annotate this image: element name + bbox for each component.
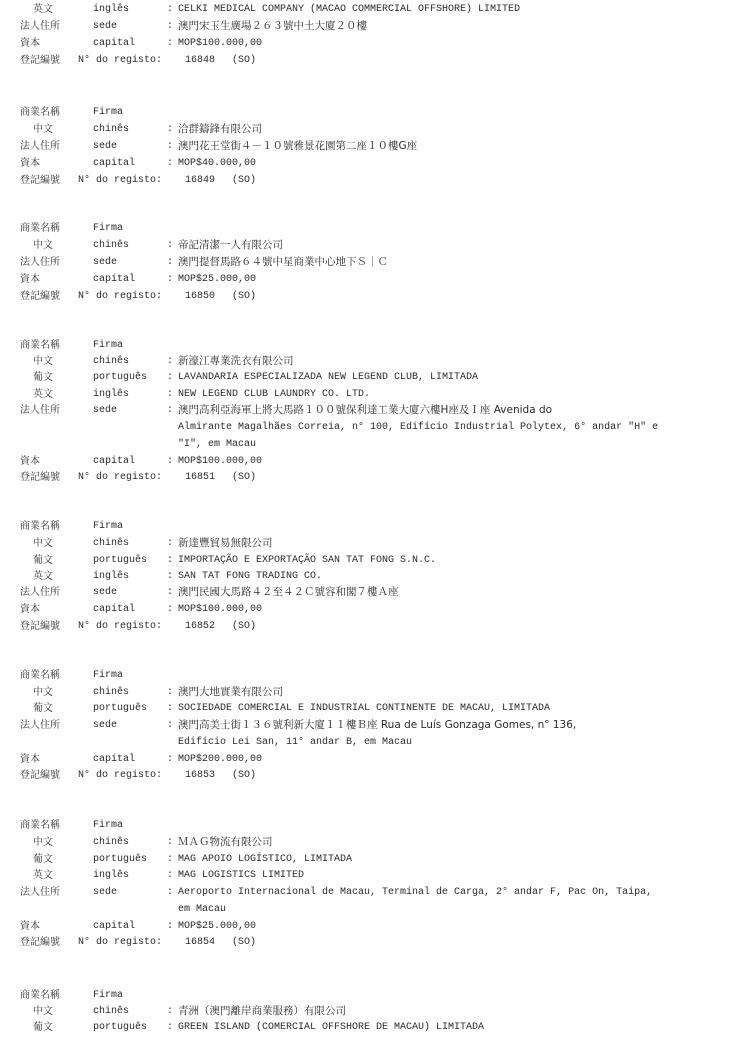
registry-page: 英文 inglês : CELKI MEDICAL COMPANY (MACAO… <box>0 0 736 1056</box>
colon: : <box>167 386 173 403</box>
company-address-line-1: 澳門高利亞海軍上將大馬路１００號保利達工業大廈六樓H座及Ｉ座 Avenida d… <box>178 402 552 419</box>
company-name-portuguese: IMPORTAÇÃO E EXPORTAÇÃO SAN TAT FONG S.N… <box>178 552 436 569</box>
label-registo-pt: N° do registo: <box>78 288 162 305</box>
label-chines-pt: chinês <box>93 535 129 552</box>
label-chines-pt: chinês <box>93 684 129 701</box>
label-capital-pt: capital <box>93 35 135 52</box>
label-ingles-zh: 英文 <box>33 1 53 18</box>
company-address-line-2: Almirante Magalhães Correia, n° 100, Edi… <box>178 419 658 436</box>
label-chines-pt: chinês <box>93 1003 129 1020</box>
registration-suffix: (SO) <box>232 288 256 305</box>
company-name-english: MAG LOGISTICS LIMITED <box>178 867 304 884</box>
colon: : <box>167 453 173 470</box>
company-address: 澳門提督馬路６４號中星商業中心地下Ｓ｜Ｃ <box>178 254 388 271</box>
colon: : <box>167 353 173 370</box>
label-sede-zh: 法人住所 <box>20 254 60 271</box>
company-address-line-3: "I", em Macau <box>178 436 256 453</box>
label-chines-zh: 中文 <box>33 237 53 254</box>
colon: : <box>167 700 173 717</box>
label-portugues-pt: português <box>93 552 147 569</box>
label-capital-pt: capital <box>93 751 135 768</box>
colon: : <box>167 601 173 618</box>
label-firma-pt: Firma <box>93 817 123 834</box>
label-firma-zh: 商業名稱 <box>20 518 60 535</box>
label-portugues-zh: 葡文 <box>33 851 53 868</box>
label-portugues-pt: português <box>93 851 147 868</box>
company-name-chinese: 澳門大地實業有限公司 <box>178 684 283 701</box>
company-name-chinese: ＭＡＧ物流有限公司 <box>178 834 273 851</box>
company-name-chinese: 青洲（澳門離岸商業服務）有限公司 <box>178 1003 346 1020</box>
colon: : <box>167 834 173 851</box>
company-name-portuguese: MAG APOIO LOGÍSTICO, LIMITADA <box>178 851 352 868</box>
label-sede-pt: sede <box>93 884 117 901</box>
company-capital: MOP$100.000,00 <box>178 35 262 52</box>
company-name-chinese: 新濠江專業洗衣有限公司 <box>178 353 294 370</box>
label-sede-pt: sede <box>93 138 117 155</box>
label-firma-pt: Firma <box>93 987 123 1004</box>
colon: : <box>167 18 173 35</box>
company-name-chinese: 新達豐貿易無限公司 <box>178 535 273 552</box>
label-ingles-pt: inglês <box>93 386 129 403</box>
label-sede-pt: sede <box>93 18 117 35</box>
label-capital-pt: capital <box>93 453 135 470</box>
label-chines-zh: 中文 <box>33 353 53 370</box>
label-portugues-pt: português <box>93 369 147 386</box>
label-firma-pt: Firma <box>93 337 123 354</box>
label-capital-zh: 資本 <box>20 601 40 618</box>
label-registo-zh: 登記編號 <box>20 934 60 951</box>
colon: : <box>167 254 173 271</box>
colon: : <box>167 918 173 935</box>
label-chines-pt: chinês <box>93 353 129 370</box>
registration-suffix: (SO) <box>232 618 256 635</box>
label-firma-pt: Firma <box>93 104 123 121</box>
label-registo-zh: 登記編號 <box>20 618 60 635</box>
company-capital: MOP$25.000,00 <box>178 918 256 935</box>
label-capital-pt: capital <box>93 271 135 288</box>
label-sede-zh: 法人住所 <box>20 717 60 734</box>
company-name-portuguese: GREEN ISLAND (COMERCIAL OFFSHORE DE MACA… <box>178 1019 484 1036</box>
label-registo-zh: 登記編號 <box>20 767 60 784</box>
label-sede-zh: 法人住所 <box>20 584 60 601</box>
label-firma-zh: 商業名稱 <box>20 220 60 237</box>
label-capital-zh: 資本 <box>20 271 40 288</box>
label-chines-pt: chinês <box>93 237 129 254</box>
colon: : <box>167 884 173 901</box>
label-firma-zh: 商業名稱 <box>20 104 60 121</box>
company-capital: MOP$200.000,00 <box>178 751 262 768</box>
label-ingles-pt: inglês <box>93 568 129 585</box>
company-address-line-2: em Macau <box>178 901 226 918</box>
label-firma-zh: 商業名稱 <box>20 817 60 834</box>
registration-number: 16850 <box>185 288 215 305</box>
colon: : <box>167 271 173 288</box>
company-address: 澳門宋玉生廣場２６３號中土大廈２０樓 <box>178 18 367 35</box>
label-registo-zh: 登記編號 <box>20 172 60 189</box>
label-firma-zh: 商業名稱 <box>20 987 60 1004</box>
label-portugues-pt: português <box>93 700 147 717</box>
colon: : <box>167 751 173 768</box>
colon: : <box>167 237 173 254</box>
colon: : <box>167 138 173 155</box>
company-capital: MOP$25.000,00 <box>178 271 256 288</box>
label-registo-pt: N° do registo: <box>78 172 162 189</box>
company-capital: MOP$100.000,00 <box>178 453 262 470</box>
registration-suffix: (SO) <box>232 934 256 951</box>
company-address: 澳門花王堂街４－１０號雅景花園第二座１０樓G座 <box>178 138 417 155</box>
label-sede-zh: 法人住所 <box>20 138 60 155</box>
label-portugues-pt: português <box>93 1019 147 1036</box>
registration-number: 16848 <box>185 52 215 69</box>
registration-suffix: (SO) <box>232 52 256 69</box>
registration-number: 16852 <box>185 618 215 635</box>
label-portugues-zh: 葡文 <box>33 369 53 386</box>
company-capital: MOP$40.000,00 <box>178 155 256 172</box>
registration-number: 16851 <box>185 469 215 486</box>
company-name-english: NEW LEGEND CLUB LAUNDRY CO. LTD. <box>178 386 370 403</box>
company-address-line-1: 澳門高美士街１３６號利新大廈１１樓Ｂ座 Rua de Luís Gonzaga … <box>178 717 576 734</box>
label-firma-pt: Firma <box>93 220 123 237</box>
label-capital-zh: 資本 <box>20 918 40 935</box>
label-sede-zh: 法人住所 <box>20 884 60 901</box>
label-ingles-pt: inglês <box>93 867 129 884</box>
registration-number: 16849 <box>185 172 215 189</box>
colon: : <box>167 369 173 386</box>
registration-suffix: (SO) <box>232 469 256 486</box>
registration-number: 16854 <box>185 934 215 951</box>
label-sede-zh: 法人住所 <box>20 402 60 419</box>
colon: : <box>167 552 173 569</box>
label-ingles-zh: 英文 <box>33 568 53 585</box>
company-address-line-1: Aeroporto Internacional de Macau, Termin… <box>178 884 652 901</box>
label-portugues-zh: 葡文 <box>33 552 53 569</box>
label-capital-zh: 資本 <box>20 35 40 52</box>
label-sede-zh: 法人住所 <box>20 18 60 35</box>
label-registo-zh: 登記編號 <box>20 52 60 69</box>
colon: : <box>167 121 173 138</box>
label-ingles-zh: 英文 <box>33 867 53 884</box>
label-registo-pt: N° do registo: <box>78 469 162 486</box>
label-firma-zh: 商業名稱 <box>20 337 60 354</box>
company-name-portuguese: SOCIEDADE COMERCIAL E INDUSTRIAL CONTINE… <box>178 700 550 717</box>
label-capital-zh: 資本 <box>20 751 40 768</box>
company-address: 澳門民國大馬路４２至４２Ｃ號容和閣７樓Ａ座 <box>178 584 399 601</box>
label-sede-pt: sede <box>93 254 117 271</box>
registration-suffix: (SO) <box>232 172 256 189</box>
label-ingles-pt: inglês <box>93 1 129 18</box>
label-sede-pt: sede <box>93 402 117 419</box>
label-capital-pt: capital <box>93 918 135 935</box>
label-firma-zh: 商業名稱 <box>20 667 60 684</box>
company-name-english: CELKI MEDICAL COMPANY (MACAO COMMERCIAL … <box>178 1 520 18</box>
label-sede-pt: sede <box>93 584 117 601</box>
company-name-chinese: 洽群鑄鋒有限公司 <box>178 121 262 138</box>
label-chines-zh: 中文 <box>33 535 53 552</box>
colon: : <box>167 1003 173 1020</box>
label-chines-pt: chinês <box>93 121 129 138</box>
company-capital: MOP$100.000,00 <box>178 601 262 618</box>
label-chines-zh: 中文 <box>33 1003 53 1020</box>
colon: : <box>167 535 173 552</box>
colon: : <box>167 568 173 585</box>
label-sede-pt: sede <box>93 717 117 734</box>
company-name-chinese: 帝記清潔一人有限公司 <box>178 237 283 254</box>
label-registo-zh: 登記編號 <box>20 469 60 486</box>
registration-number: 16853 <box>185 767 215 784</box>
colon: : <box>167 1019 173 1036</box>
company-address-line-2: Edifício Lei San, 11° andar B, em Macau <box>178 734 412 751</box>
label-chines-zh: 中文 <box>33 121 53 138</box>
label-chines-pt: chinês <box>93 834 129 851</box>
label-portugues-zh: 葡文 <box>33 700 53 717</box>
label-registo-pt: N° do registo: <box>78 618 162 635</box>
label-portugues-zh: 葡文 <box>33 1019 53 1036</box>
company-name-english: SAN TAT FONG TRADING CO. <box>178 568 322 585</box>
label-registo-pt: N° do registo: <box>78 767 162 784</box>
label-firma-pt: Firma <box>93 518 123 535</box>
colon: : <box>167 155 173 172</box>
colon: : <box>167 584 173 601</box>
label-ingles-zh: 英文 <box>33 386 53 403</box>
label-registo-pt: N° do registo: <box>78 52 162 69</box>
label-capital-pt: capital <box>93 155 135 172</box>
label-chines-zh: 中文 <box>33 834 53 851</box>
colon: : <box>167 35 173 52</box>
colon: : <box>167 851 173 868</box>
colon: : <box>167 867 173 884</box>
colon: : <box>167 1 173 18</box>
label-firma-pt: Firma <box>93 667 123 684</box>
label-registo-pt: N° do registo: <box>78 934 162 951</box>
registration-suffix: (SO) <box>232 767 256 784</box>
colon: : <box>167 717 173 734</box>
label-chines-zh: 中文 <box>33 684 53 701</box>
colon: : <box>167 402 173 419</box>
label-capital-zh: 資本 <box>20 155 40 172</box>
label-capital-zh: 資本 <box>20 453 40 470</box>
colon: : <box>167 684 173 701</box>
label-capital-pt: capital <box>93 601 135 618</box>
company-name-portuguese: LAVANDARIA ESPECIALIZADA NEW LEGEND CLUB… <box>178 369 478 386</box>
label-registo-zh: 登記編號 <box>20 288 60 305</box>
